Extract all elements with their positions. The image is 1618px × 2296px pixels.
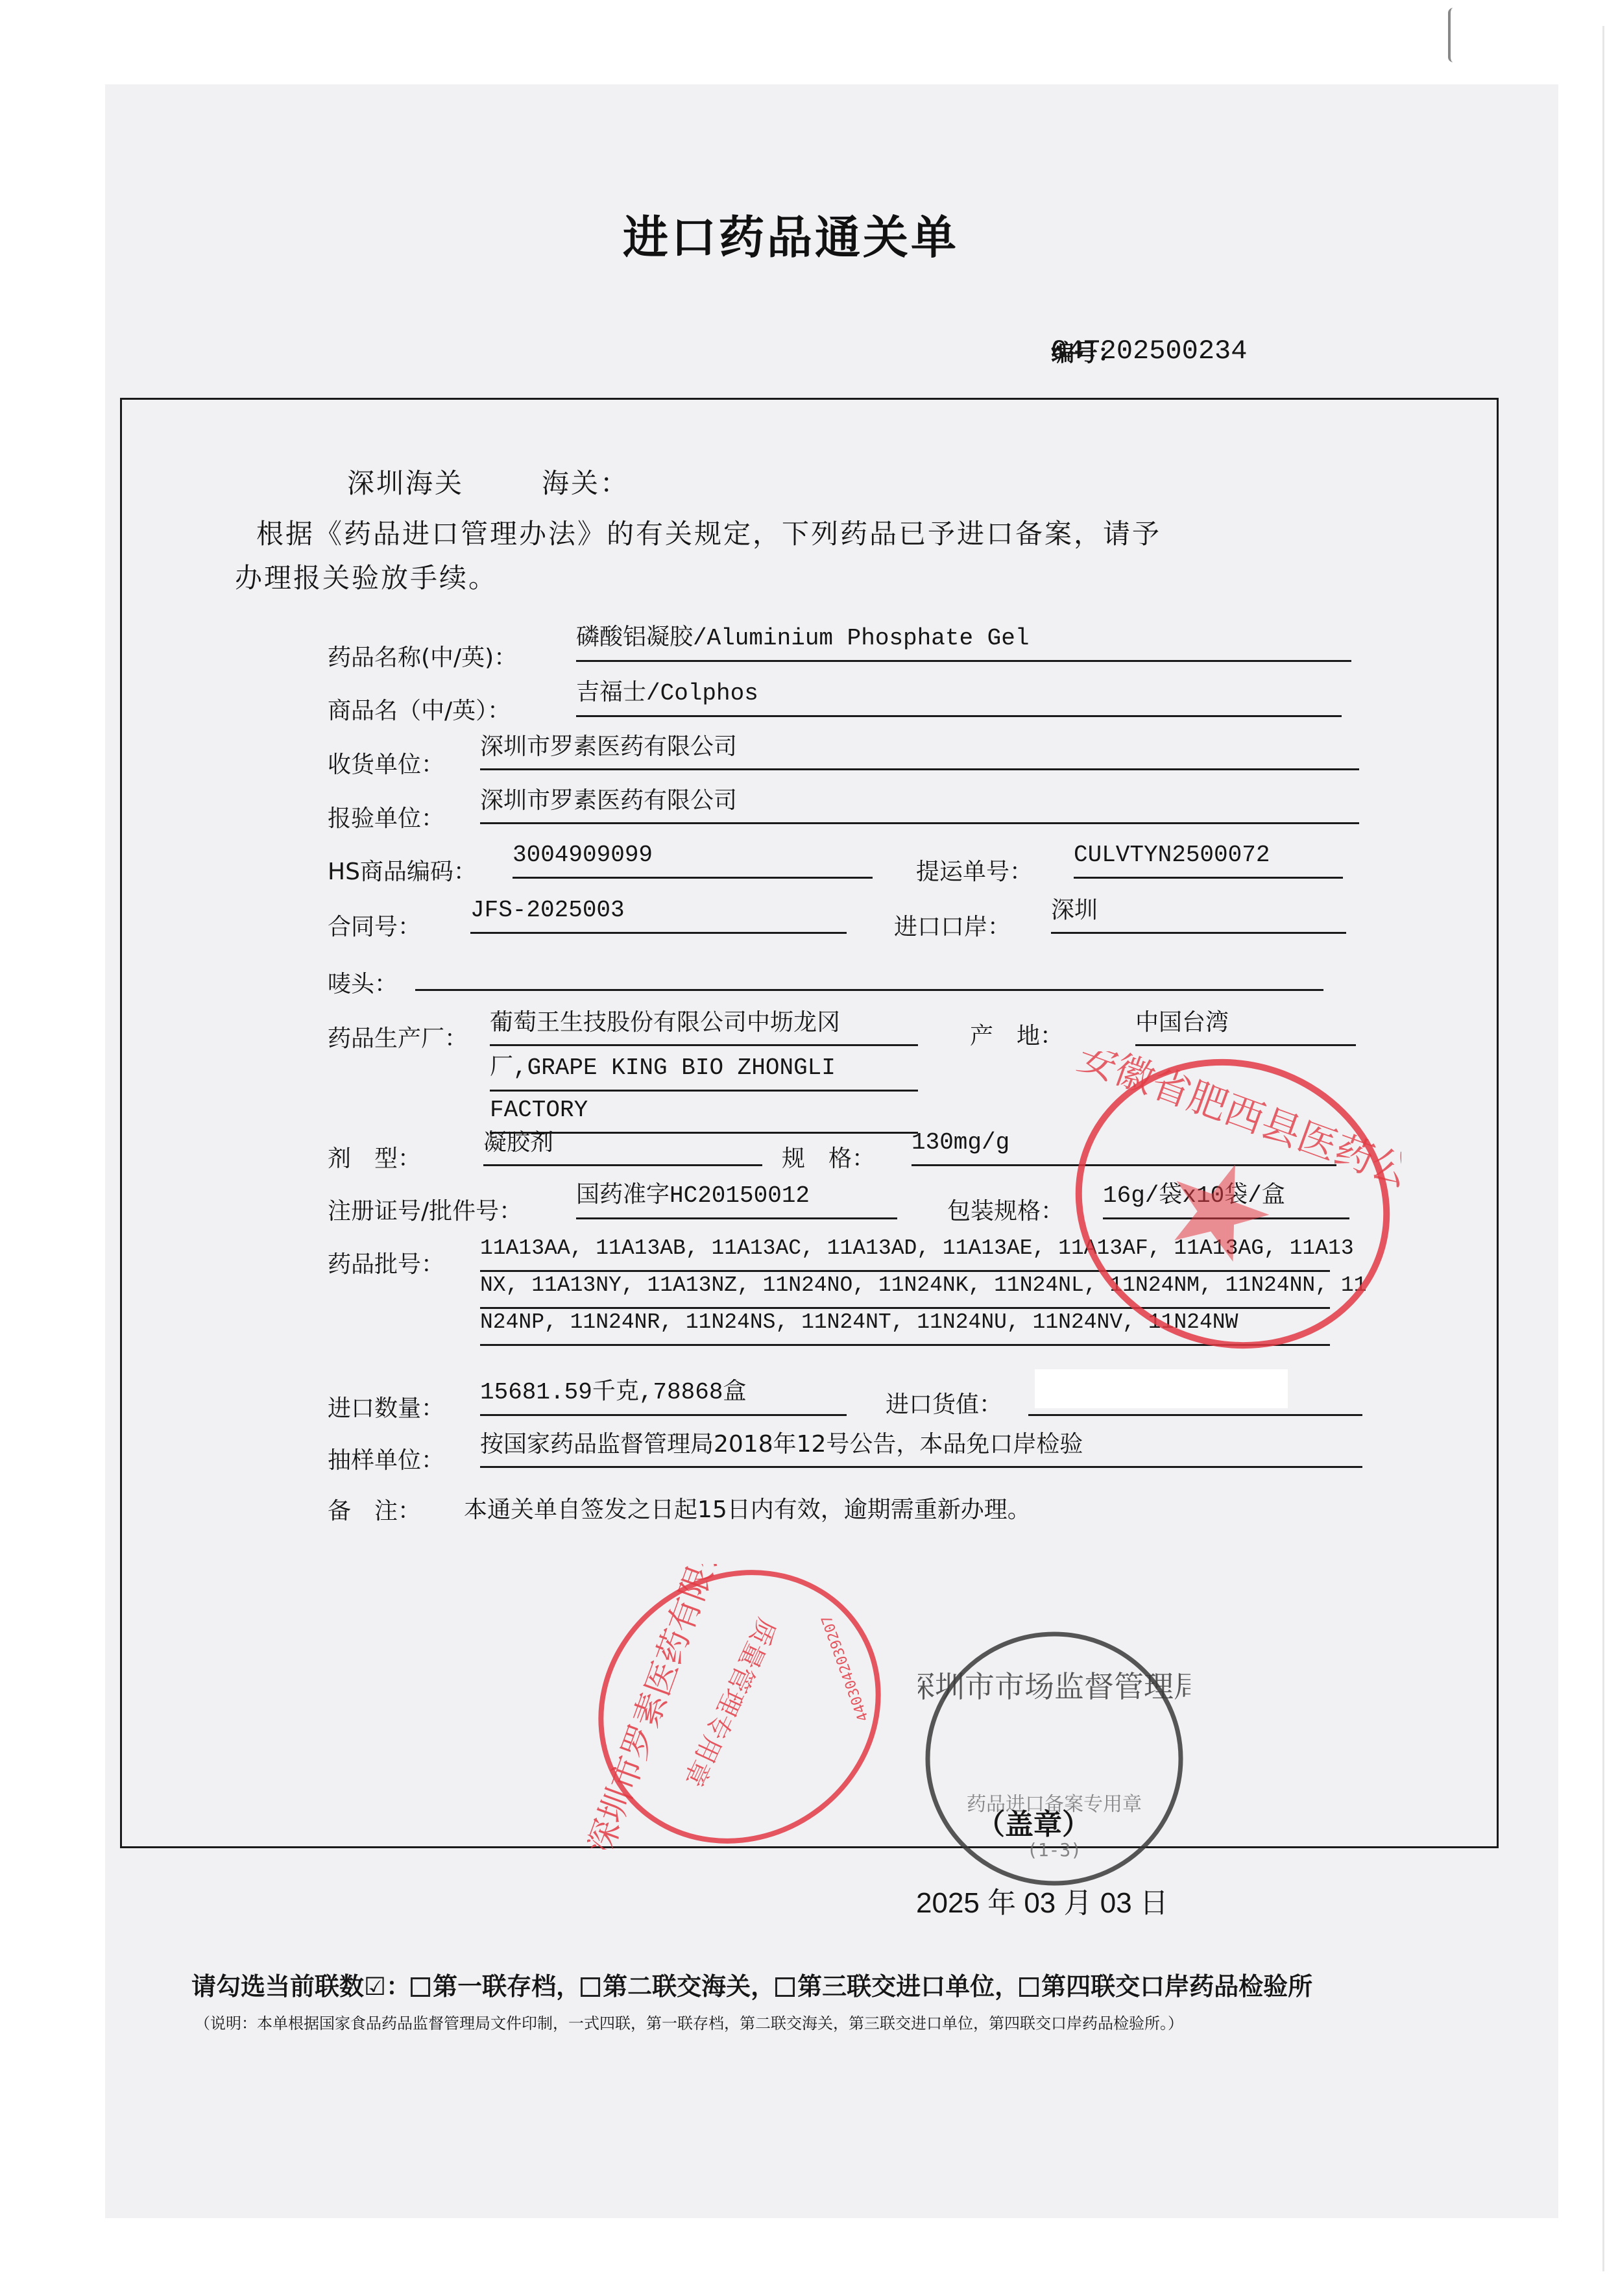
registration-field: 国药准字HC20150012 (576, 1182, 897, 1219)
drug-name-label: 药品名称(中/英)： (328, 639, 517, 672)
import-value-label: 进口货值： (886, 1386, 1002, 1419)
serial-number: 编号：04T202500234 (1051, 335, 1247, 367)
applicant-value: 深圳市罗素医药有限公司 (480, 787, 737, 814)
serial-label: 编号： (1051, 335, 1121, 368)
trade-name-value: 吉福士/Colphos (576, 680, 758, 707)
packaging-field: 16g/袋x10袋/盒 (1103, 1182, 1349, 1219)
marks-field (415, 954, 1323, 991)
manufacturer-value-line3: FACTORY (490, 1097, 588, 1123)
packaging-value: 16g/袋x10袋/盒 (1103, 1182, 1285, 1209)
intro-line-2: 办理报关验放手续。 (235, 557, 498, 596)
issue-date: 2025 年 03 月 03 日 (916, 1879, 1168, 1921)
applicant-label: 报验单位： (328, 800, 444, 833)
batch-value-line2: NX, 11A13NY, 11A13NZ, 11N24NO, 11N24NK, … (480, 1273, 1366, 1297)
checkbox-icon[interactable] (1019, 1977, 1039, 1997)
manufacturer-value-line2: 厂,GRAPE KING BIO ZHONGLI (490, 1055, 836, 1081)
batch-field-line2: NX, 11A13NY, 11A13NZ, 11N24NO, 11N24NK, … (480, 1272, 1330, 1309)
port-label: 进口口岸： (894, 909, 1011, 942)
copy-option-1[interactable]: 第一联存档， (411, 1972, 581, 2001)
redaction-box (1035, 1369, 1288, 1408)
strength-field: 130mg/g (912, 1129, 1336, 1166)
bill-of-lading-label: 提运单号： (916, 853, 1033, 886)
bill-of-lading-value: CULVTYN2500072 (1074, 842, 1270, 868)
footer-note: （说明：本单根据国家食品药品监督管理局文件印制，一式四联，第一联存档，第二联交海… (195, 2010, 1183, 2033)
manufacturer-label: 药品生产厂： (328, 1020, 468, 1053)
registration-value: 国药准字HC20150012 (576, 1182, 810, 1209)
batch-label: 药品批号： (328, 1246, 444, 1279)
applicant-field: 深圳市罗素医药有限公司 (480, 787, 1359, 824)
quantity-label: 进口数量： (328, 1390, 444, 1423)
intro-line-1: 根据《药品进口管理办法》的有关规定，下列药品已予进口备案，请予 (256, 513, 1161, 552)
contract-value: JFS-2025003 (470, 897, 625, 923)
origin-field: 中国台湾 (1135, 1009, 1356, 1046)
addressee: 深圳海关海关： (347, 462, 629, 501)
dosage-form-field: 凝胶剂 (483, 1129, 762, 1166)
contract-field: JFS-2025003 (470, 897, 847, 934)
copy-option-2-label: 第二联交海关， (603, 1972, 775, 2001)
manufacturer-field-line1: 葡萄王生技股份有限公司中坜龙冈 (490, 1009, 918, 1046)
hs-code-value: 3004909099 (513, 842, 653, 868)
drug-name-field: 磷酸铝凝胶/Aluminium Phosphate Gel (576, 625, 1351, 662)
port-value: 深圳 (1051, 897, 1098, 923)
sampling-value: 按国家药品监督管理局2018年12号公告，本品免口岸检验 (480, 1431, 1083, 1458)
copy-option-3[interactable]: 第三联交进口单位， (775, 1972, 1019, 2001)
pencil-mark (1448, 8, 1455, 62)
strength-value: 130mg/g (912, 1129, 1009, 1156)
quantity-field: 15681.59千克,78868盒 (480, 1379, 847, 1416)
strength-label: 规 格： (782, 1140, 875, 1173)
sampling-field: 按国家药品监督管理局2018年12号公告，本品免口岸检验 (480, 1431, 1362, 1468)
copy-selector: 请勾选当前联数☑：第一联存档，第二联交海关，第三联交进口单位，第四联交口岸药品检… (191, 1966, 1312, 2002)
dosage-form-value: 凝胶剂 (483, 1129, 553, 1156)
copy-option-2[interactable]: 第二联交海关， (581, 1972, 775, 2001)
registration-label: 注册证号/批件号： (328, 1193, 522, 1226)
remarks-label: 备 注： (328, 1493, 421, 1526)
port-field: 深圳 (1051, 897, 1346, 934)
batch-field-line1: 11A13AA, 11A13AB, 11A13AC, 11A13AD, 11A1… (480, 1235, 1330, 1272)
marks-label: 唛头： (328, 966, 398, 999)
seal-label: （盖章） (976, 1801, 1091, 1842)
copy-option-4-label: 第四联交口岸药品检验所 (1041, 1972, 1312, 2001)
remarks-value: 本通关单自签发之日起15日内有效，逾期需重新办理。 (464, 1491, 1031, 1524)
consignee-field: 深圳市罗素医药有限公司 (480, 733, 1359, 770)
contract-label: 合同号： (328, 909, 421, 942)
copy-option-4[interactable]: 第四联交口岸药品检验所 (1019, 1972, 1312, 2001)
trade-name-field: 吉福士/Colphos (576, 680, 1342, 717)
quantity-value: 15681.59千克,78868盒 (480, 1379, 746, 1406)
hs-code-label: HS商品编码： (328, 853, 477, 886)
document-title: 进口药品通关单 (623, 201, 959, 267)
copy-prompt: 请勾选当前联数☑： (191, 1972, 411, 2001)
addressee-suffix: 海关： (542, 467, 629, 499)
batch-value-line1: 11A13AA, 11A13AB, 11A13AC, 11A13AD, 11A1… (480, 1236, 1354, 1260)
bill-of-lading-field: CULVTYN2500072 (1074, 842, 1343, 879)
drug-name-value: 磷酸铝凝胶/Aluminium Phosphate Gel (576, 625, 1030, 652)
manufacturer-field-line3: FACTORY (490, 1097, 918, 1134)
manufacturer-value-line1: 葡萄王生技股份有限公司中坜龙冈 (490, 1009, 840, 1036)
consignee-value: 深圳市罗素医药有限公司 (480, 733, 737, 760)
copy-option-3-label: 第三联交进口单位， (797, 1972, 1019, 2001)
copy-option-1-label: 第一联存档， (433, 1972, 581, 2001)
addressee-customs: 深圳海关 (347, 467, 464, 499)
batch-field-line3: N24NP, 11N24NR, 11N24NS, 11N24NT, 11N24N… (480, 1309, 1330, 1346)
checkbox-icon[interactable] (581, 1977, 600, 1997)
packaging-label: 包装规格： (947, 1193, 1064, 1226)
batch-value-line3: N24NP, 11N24NR, 11N24NS, 11N24NT, 11N24N… (480, 1310, 1238, 1334)
origin-label: 产 地： (970, 1018, 1063, 1051)
manufacturer-field-line2: 厂,GRAPE KING BIO ZHONGLI (490, 1055, 918, 1092)
sampling-label: 抽样单位： (328, 1442, 444, 1475)
scan-edge (1602, 26, 1604, 2271)
hs-code-field: 3004909099 (513, 842, 873, 879)
dosage-form-label: 剂 型： (328, 1140, 421, 1173)
origin-value: 中国台湾 (1135, 1009, 1229, 1036)
checkbox-icon[interactable] (775, 1977, 795, 1997)
checkbox-icon[interactable] (411, 1977, 430, 1997)
trade-name-label: 商品名（中/英）： (328, 692, 511, 726)
consignee-label: 收货单位： (328, 746, 444, 779)
